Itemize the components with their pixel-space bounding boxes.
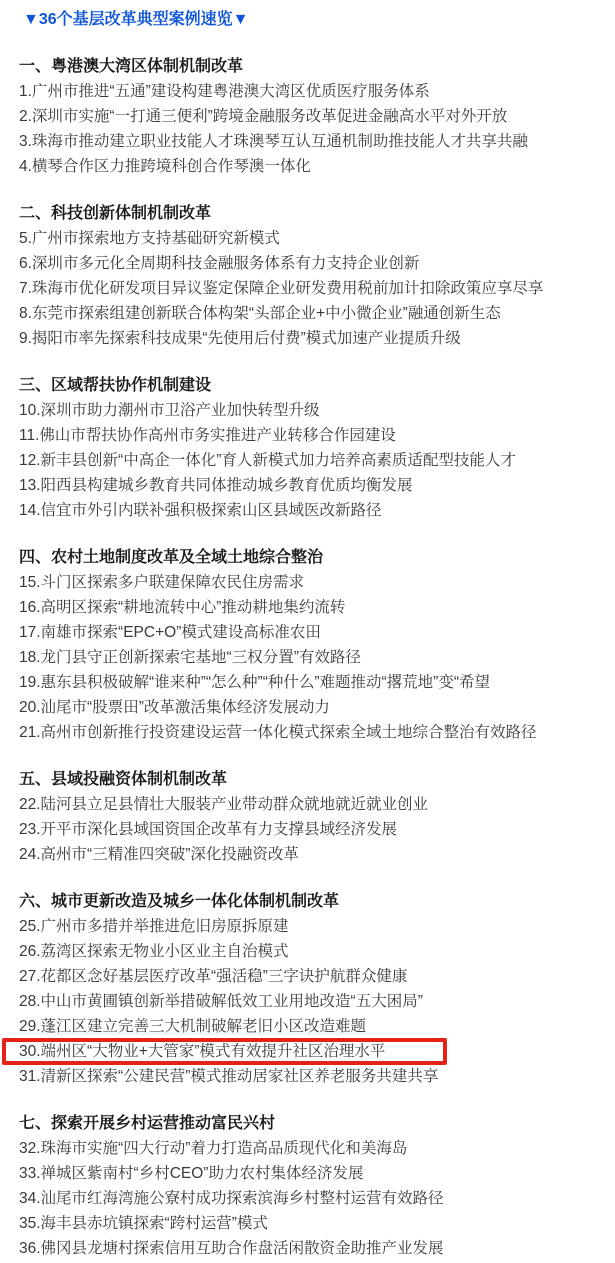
list-item-text: 34.汕尾市红海湾施公寮村成功探索滨海乡村整村运营有效路径 [19, 1190, 444, 1207]
list-item-text: 30.端州区“大物业+大管家”模式有效提升社区治理水平 [19, 1043, 385, 1060]
list-item-text: 2.深圳市实施“一打通三便利”跨境金融服务改革促进金融高水平对外开放 [19, 108, 507, 125]
list-item-text: 29.蓬江区建立完善三大机制破解老旧小区改造难题 [19, 1018, 366, 1035]
list-item-text: 19.惠东县积极破解“谁来种”“怎么种”“种什么”难题推动“撂荒地”变“希望 [19, 674, 490, 691]
list-item: 31.清新区探索“公建民营”模式推动居家社区养老服务共建共享 [19, 1064, 615, 1089]
list-item-text: 24.高州市“三精准四突破”深化投融资改革 [19, 846, 299, 863]
list-item: 2.深圳市实施“一打通三便利”跨境金融服务改革促进金融高水平对外开放 [19, 104, 615, 129]
list-item-text: 17.南雄市探索“EPC+O”模式建设高标准农田 [19, 624, 321, 641]
list-item: 5.广州市探索地方支持基础研究新模式 [19, 226, 615, 251]
list-item: 35.海丰县赤坑镇探索“跨村运营”模式 [19, 1211, 615, 1236]
list-item: 13.阳西县构建城乡教育共同体推动城乡教育优质均衡发展 [19, 473, 615, 498]
list-item: 16.高明区探索“耕地流转中心”推动耕地集约流转 [19, 595, 615, 620]
section-7: 七、探索开展乡村运营推动富民兴村 32.珠海市实施“四大行动”着力打造高品质现代… [19, 1111, 615, 1261]
list-item-text: 5.广州市探索地方支持基础研究新模式 [19, 230, 280, 247]
list-item: 19.惠东县积极破解“谁来种”“怎么种”“种什么”难题推动“撂荒地”变“希望 [19, 670, 615, 695]
section-2: 二、科技创新体制机制改革 5.广州市探索地方支持基础研究新模式 6.深圳市多元化… [19, 201, 615, 351]
list-item: 15.斗门区探索多户联建保障农民住房需求 [19, 570, 615, 595]
section-5: 五、县域投融资体制机制改革 22.陆河县立足县情壮大服装产业带动群众就地就近就业… [19, 767, 615, 867]
list-item-highlighted: 30.端州区“大物业+大管家”模式有效提升社区治理水平 [19, 1039, 615, 1064]
list-item-text: 36.佛冈县龙塘村探索信用互助合作盘活闲散资金助推产业发展 [19, 1240, 444, 1257]
list-item: 21.高州市创新推行投资建设运营一体化模式探索全域土地综合整治有效路径 [19, 720, 615, 745]
list-item-text: 11.佛山市帮扶协作高州市务实推进产业转移合作园建设 [19, 427, 396, 444]
section-6: 六、城市更新改造及城乡一体化体制机制改革 25.广州市多措并举推进危旧房原拆原建… [19, 889, 615, 1089]
list-item: 27.花都区念好基层医疗改革“强活稳”三字诀护航群众健康 [19, 964, 615, 989]
list-item: 7.珠海市优化研发项目异议鉴定保障企业研发费用税前加计扣除政策应享尽享 [19, 276, 615, 301]
list-item-text: 35.海丰县赤坑镇探索“跨村运营”模式 [19, 1215, 268, 1232]
list-item: 32.珠海市实施“四大行动”着力打造高品质现代化和美海岛 [19, 1136, 615, 1161]
list-item: 23.开平市深化县域国资国企改革有力支撑县域经济发展 [19, 817, 615, 842]
list-item-text: 13.阳西县构建城乡教育共同体推动城乡教育优质均衡发展 [19, 477, 413, 494]
section-1: 一、粤港澳大湾区体制机制改革 1.广州市推进“五通”建设构建粤港澳大湾区优质医疗… [19, 54, 615, 179]
list-item-text: 10.深圳市助力潮州市卫浴产业加快转型升级 [19, 402, 320, 419]
list-item-text: 15.斗门区探索多户联建保障农民住房需求 [19, 574, 304, 591]
list-item: 10.深圳市助力潮州市卫浴产业加快转型升级 [19, 398, 615, 423]
list-item-text: 27.花都区念好基层医疗改革“强活稳”三字诀护航群众健康 [19, 968, 407, 985]
list-item-text: 21.高州市创新推行投资建设运营一体化模式探索全域土地综合整治有效路径 [19, 724, 537, 741]
list-item-text: 25.广州市多措并举推进危旧房原拆原建 [19, 918, 289, 935]
list-item-text: 1.广州市推进“五通”建设构建粤港澳大湾区优质医疗服务体系 [19, 83, 430, 100]
list-item: 22.陆河县立足县情壮大服装产业带动群众就地就近就业创业 [19, 792, 615, 817]
list-item: 34.汕尾市红海湾施公寮村成功探索滨海乡村整村运营有效路径 [19, 1186, 615, 1211]
list-item-text: 26.荔湾区探索无物业小区业主自治模式 [19, 943, 289, 960]
list-item: 28.中山市黄圃镇创新举措破解低效工业用地改造“五大困局” [19, 989, 615, 1014]
list-item-text: 33.禅城区紫南村“乡村CEO”助力农村集体经济发展 [19, 1165, 363, 1182]
list-item: 17.南雄市探索“EPC+O”模式建设高标准农田 [19, 620, 615, 645]
list-item: 25.广州市多措并举推进危旧房原拆原建 [19, 914, 615, 939]
list-item: 6.深圳市多元化全周期科技金融服务体系有力支持企业创新 [19, 251, 615, 276]
list-item-text: 14.信宜市外引内联补强积极探索山区县域医改新路径 [19, 502, 382, 519]
section-heading: 一、粤港澳大湾区体制机制改革 [19, 54, 615, 79]
list-item-text: 6.深圳市多元化全周期科技金融服务体系有力支持企业创新 [19, 255, 419, 272]
list-item: 11.佛山市帮扶协作高州市务实推进产业转移合作园建设 [19, 423, 615, 448]
list-item: 9.揭阳市率先探索科技成果“先使用后付费”模式加速产业提质升级 [19, 326, 615, 351]
list-item: 8.东莞市探索组建创新联合体构架“头部企业+中小微企业”融通创新生态 [19, 301, 615, 326]
list-item-text: 16.高明区探索“耕地流转中心”推动耕地集约流转 [19, 599, 345, 616]
article-body: ▼36个基层改革典型案例速览▼ 一、粤港澳大湾区体制机制改革 1.广州市推进“五… [0, 0, 615, 1263]
list-item: 24.高州市“三精准四突破”深化投融资改革 [19, 842, 615, 867]
list-item-text: 18.龙门县守正创新探索宅基地“三权分置”有效路径 [19, 649, 361, 666]
section-3: 三、区域帮扶协作机制建设 10.深圳市助力潮州市卫浴产业加快转型升级 11.佛山… [19, 373, 615, 523]
list-item: 1.广州市推进“五通”建设构建粤港澳大湾区优质医疗服务体系 [19, 79, 615, 104]
list-item: 26.荔湾区探索无物业小区业主自治模式 [19, 939, 615, 964]
list-item-text: 31.清新区探索“公建民营”模式推动居家社区养老服务共建共享 [19, 1068, 438, 1085]
section-heading: 三、区域帮扶协作机制建设 [19, 373, 615, 398]
list-item-text: 32.珠海市实施“四大行动”着力打造高品质现代化和美海岛 [19, 1140, 407, 1157]
list-item-text: 12.新丰县创新“中高企一体化”育人新模式加力培养高素质适配型技能人才 [19, 452, 516, 469]
list-item: 20.汕尾市“股票田”改革激活集体经济发展动力 [19, 695, 615, 720]
list-item: 12.新丰县创新“中高企一体化”育人新模式加力培养高素质适配型技能人才 [19, 448, 615, 473]
list-item-text: 9.揭阳市率先探索科技成果“先使用后付费”模式加速产业提质升级 [19, 330, 461, 347]
section-heading: 五、县域投融资体制机制改革 [19, 767, 615, 792]
section-heading: 六、城市更新改造及城乡一体化体制机制改革 [19, 889, 615, 914]
list-item-text: 28.中山市黄圃镇创新举措破解低效工业用地改造“五大困局” [19, 993, 423, 1010]
section-heading: 二、科技创新体制机制改革 [19, 201, 615, 226]
list-item-text: 4.横琴合作区力推跨境科创合作琴澳一体化 [19, 158, 311, 175]
list-item-text: 3.珠海市推动建立职业技能人才珠澳琴互认互通机制助推技能人才共享共融 [19, 133, 528, 150]
list-item-text: 20.汕尾市“股票田”改革激活集体经济发展动力 [19, 699, 330, 716]
list-item-text: 7.珠海市优化研发项目异议鉴定保障企业研发费用税前加计扣除政策应享尽享 [19, 280, 543, 297]
page-title: ▼36个基层改革典型案例速览▼ [19, 7, 615, 32]
list-item-text: 22.陆河县立足县情壮大服装产业带动群众就地就近就业创业 [19, 796, 428, 813]
list-item: 33.禅城区紫南村“乡村CEO”助力农村集体经济发展 [19, 1161, 615, 1186]
list-item: 3.珠海市推动建立职业技能人才珠澳琴互认互通机制助推技能人才共享共融 [19, 129, 615, 154]
list-item-text: 8.东莞市探索组建创新联合体构架“头部企业+中小微企业”融通创新生态 [19, 305, 501, 322]
list-item-text: 23.开平市深化县域国资国企改革有力支撑县域经济发展 [19, 821, 397, 838]
list-item: 14.信宜市外引内联补强积极探索山区县域医改新路径 [19, 498, 615, 523]
section-heading: 七、探索开展乡村运营推动富民兴村 [19, 1111, 615, 1136]
list-item: 29.蓬江区建立完善三大机制破解老旧小区改造难题 [19, 1014, 615, 1039]
list-item: 36.佛冈县龙塘村探索信用互助合作盘活闲散资金助推产业发展 [19, 1236, 615, 1261]
list-item: 18.龙门县守正创新探索宅基地“三权分置”有效路径 [19, 645, 615, 670]
section-4: 四、农村土地制度改革及全域土地综合整治 15.斗门区探索多户联建保障农民住房需求… [19, 545, 615, 745]
list-item: 4.横琴合作区力推跨境科创合作琴澳一体化 [19, 154, 615, 179]
section-heading: 四、农村土地制度改革及全域土地综合整治 [19, 545, 615, 570]
